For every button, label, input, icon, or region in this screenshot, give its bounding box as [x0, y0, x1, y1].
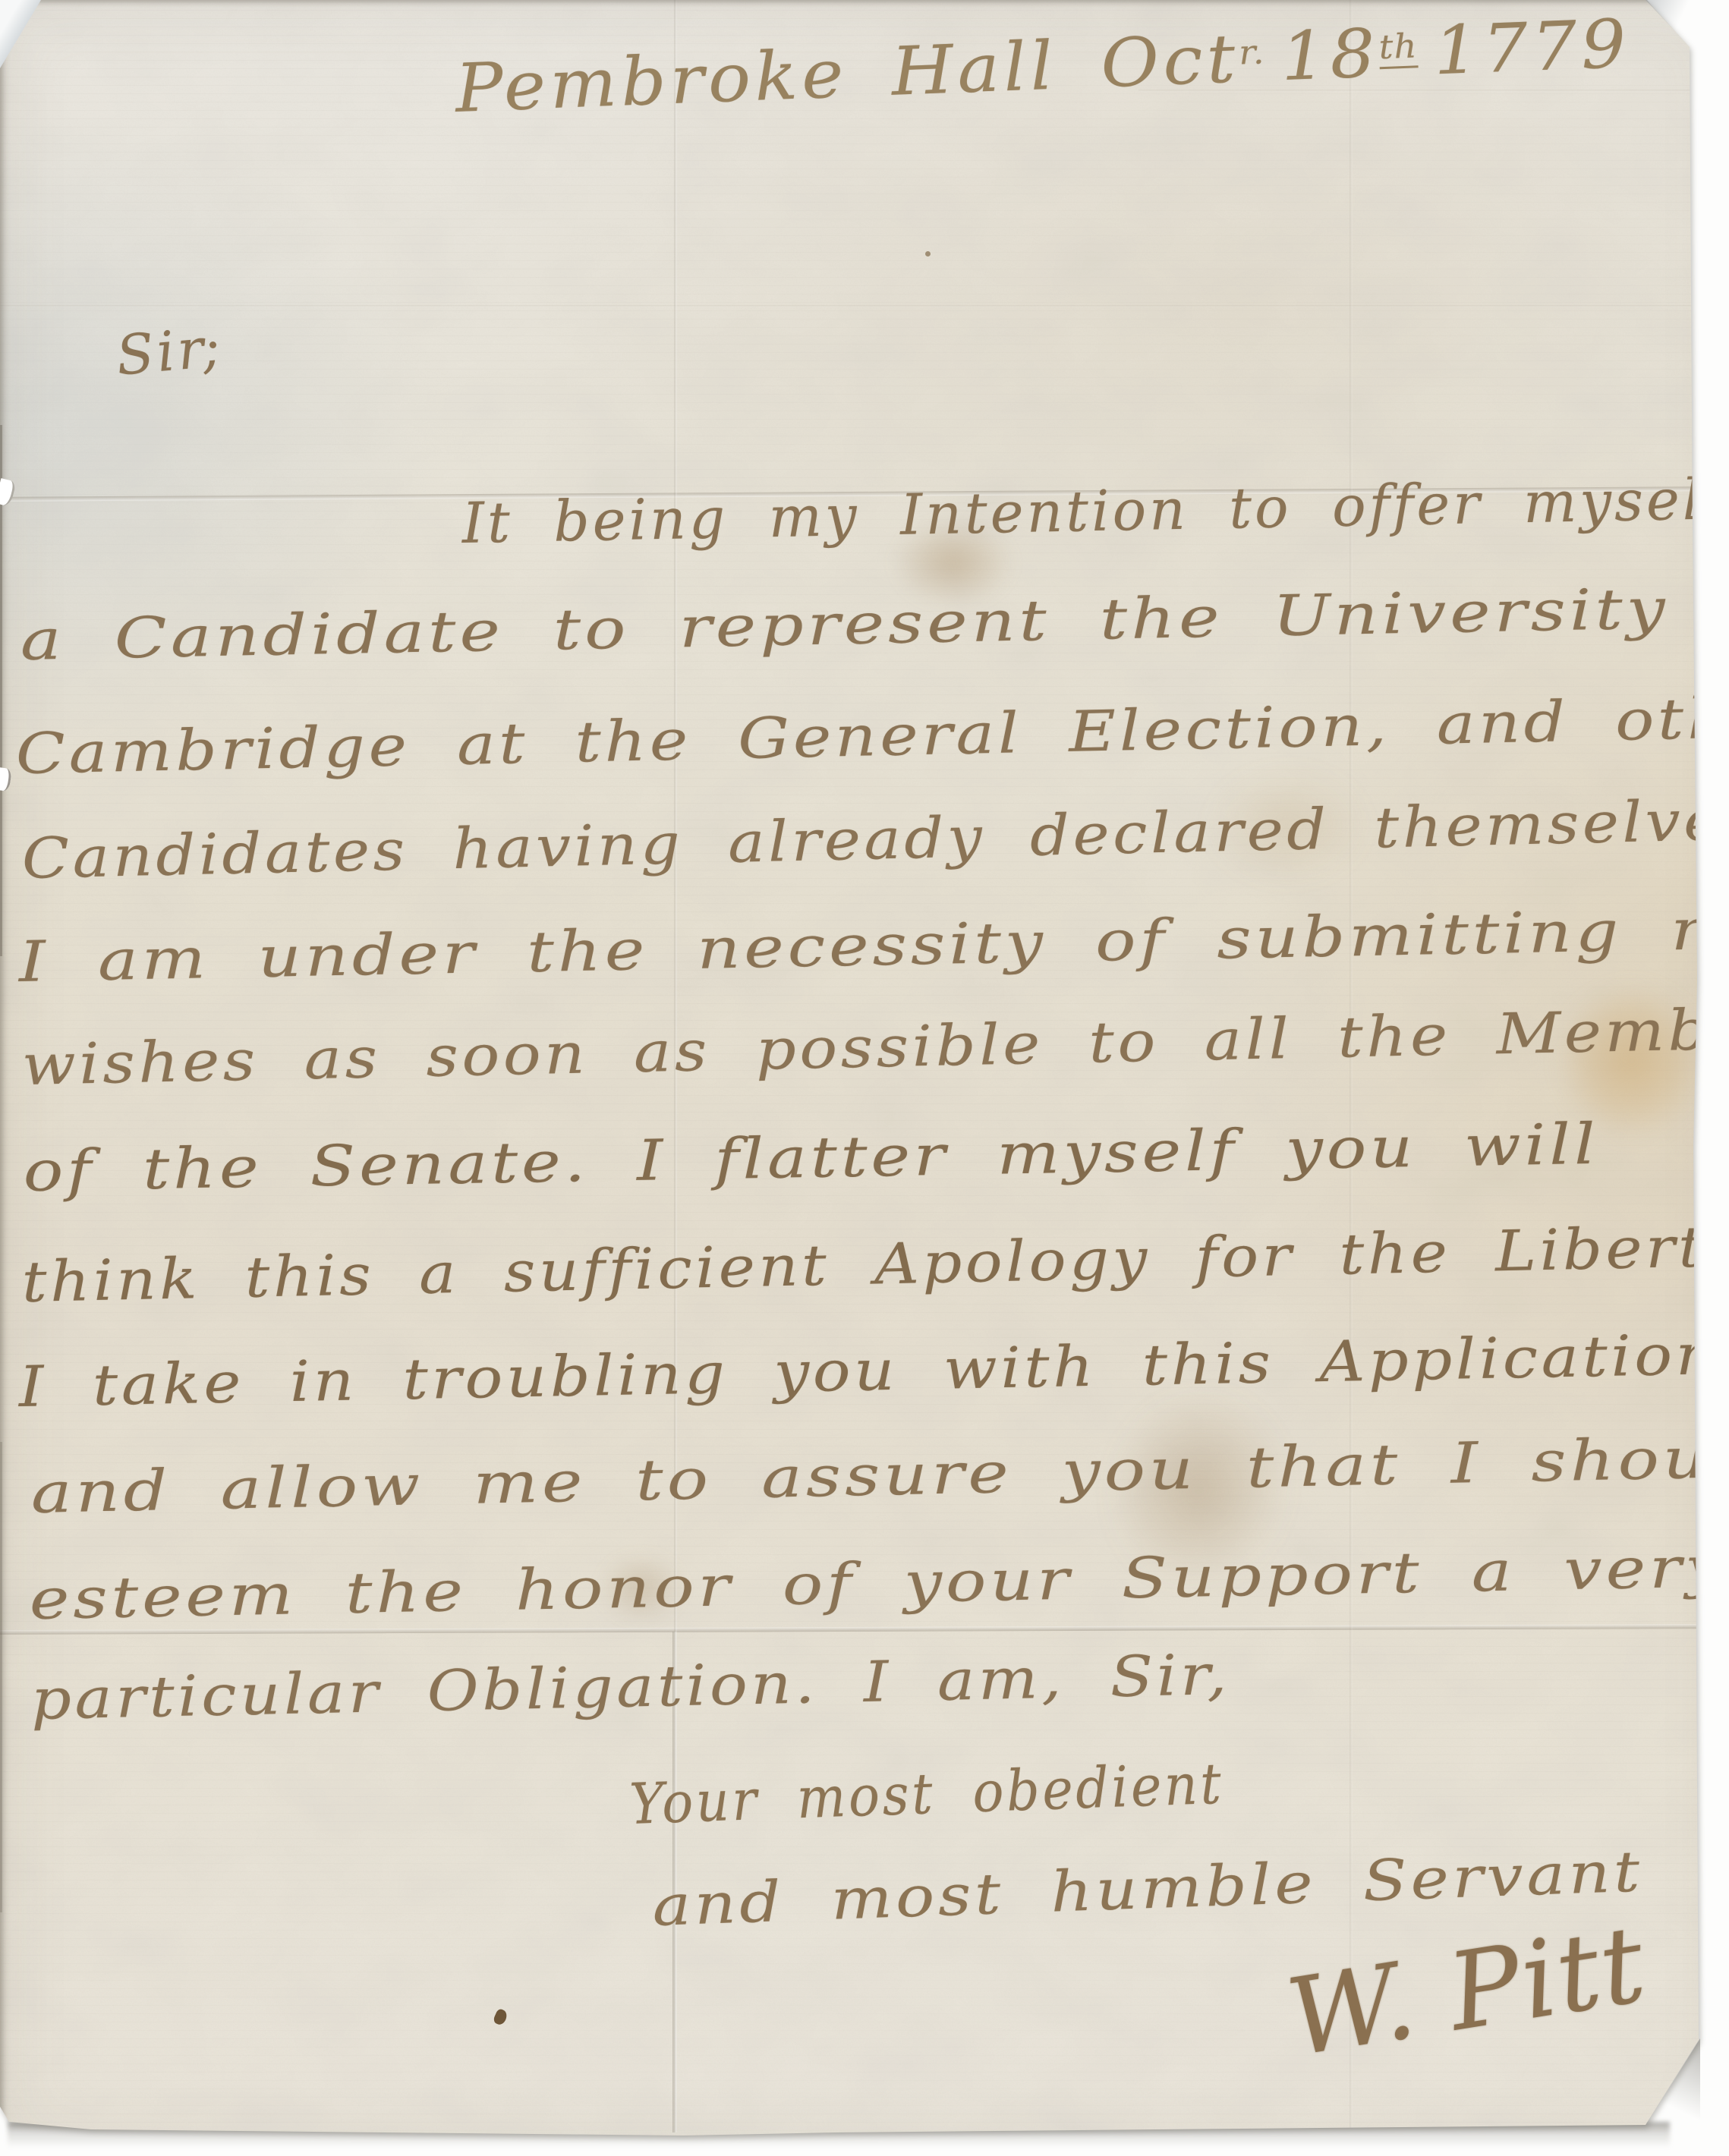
- letter-sheet: Pembroke Hall Octr.18th1779 Sir, It bein…: [0, 0, 1729, 2156]
- dateline-month-superscript: r.: [1238, 33, 1265, 72]
- dateline-day-superscript: th: [1378, 27, 1419, 70]
- paper-wrap: Pembroke Hall Octr.18th1779 Sir, It bein…: [0, 0, 1729, 2156]
- scanned-letter-page: Pembroke Hall Octr.18th1779 Sir, It bein…: [0, 0, 1729, 2156]
- dateline-year: 1779: [1432, 5, 1631, 90]
- left-edge-dark-line-lower: [0, 1442, 2, 1912]
- dateline-day: 18: [1280, 14, 1381, 96]
- salutation: Sir,: [114, 316, 223, 387]
